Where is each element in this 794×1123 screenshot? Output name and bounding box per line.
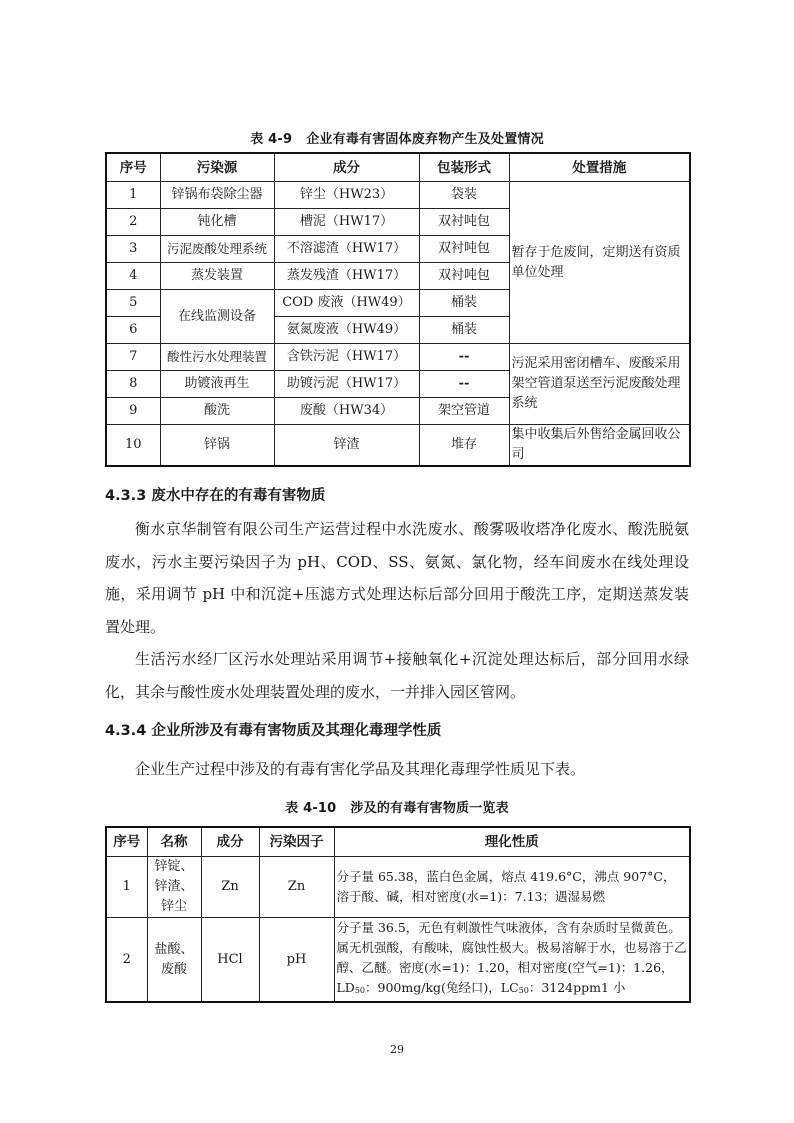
header-component: 成分 — [201, 827, 259, 857]
paragraph: 生活污水经厂区污水处理站采用调节+接触氧化+沉淀处理达标后，部分回用水绿化，其余… — [105, 643, 689, 708]
cell-no: 6 — [106, 317, 160, 344]
paragraph: 企业生产过程中涉及的有毒有害化学品及其理化毒理学性质见下表。 — [105, 753, 689, 786]
table-header-row: 序号 污染源 成分 包装形式 处置措施 — [106, 153, 690, 182]
cell-name: 锌锭、锌渣、锌尘 — [147, 857, 201, 918]
cell-component: 含铁污泥（HW17） — [274, 344, 419, 371]
cell-component: 锌渣 — [274, 425, 419, 467]
cell-pollution-factor: pH — [259, 918, 334, 1003]
section-heading-4-3-3: 4.3.3 废水中存在的有毒有害物质 — [105, 484, 325, 505]
cell-source: 锌锅布袋除尘器 — [160, 182, 274, 209]
cell-no: 5 — [106, 290, 160, 317]
cell-properties: 分子量 65.38，蓝白色金属，熔点 419.6°C，沸点 907°C，溶于酸、… — [334, 857, 690, 918]
cell-component: 废酸（HW34） — [274, 398, 419, 425]
cell-source: 在线监测设备 — [160, 290, 274, 344]
cell-source: 污泥废酸处理系统 — [160, 236, 274, 263]
cell-source: 锌锅 — [160, 425, 274, 467]
table-4-10-caption: 表 4-10涉及的有毒有害物质一览表 — [0, 797, 794, 816]
cell-component: 氨氮废液（HW49） — [274, 317, 419, 344]
cell-component: COD 废液（HW49） — [274, 290, 419, 317]
caption-number: 表 4-10 — [285, 801, 336, 816]
header-properties: 理化性质 — [334, 827, 690, 857]
cell-no: 10 — [106, 425, 160, 467]
properties-text: ：3124ppm1 小 — [529, 980, 626, 995]
paragraph: 衡水京华制管有限公司生产运营过程中水洗废水、酸雾吸收塔净化废水、酸洗脱氨废水，污… — [105, 513, 689, 643]
cell-component: 槽泥（HW17） — [274, 209, 419, 236]
table-4-9: 序号 污染源 成分 包装形式 处置措施 1 锌锅布袋除尘器 锌尘（HW23） 袋… — [105, 152, 691, 467]
cell-packaging: 堆存 — [419, 425, 509, 467]
cell-properties: 分子量 36.5，无色有刺激性气味液体，含有杂质时呈微黄色。属无机强酸，有酸味，… — [334, 918, 690, 1003]
cell-no: 2 — [106, 209, 160, 236]
page-number: 29 — [0, 1043, 794, 1056]
header-packaging: 包装形式 — [419, 153, 509, 182]
cell-packaging: 桶装 — [419, 290, 509, 317]
cell-no: 7 — [106, 344, 160, 371]
cell-packaging: 双衬吨包 — [419, 263, 509, 290]
cell-packaging: -- — [419, 344, 509, 371]
cell-disposal: 暂存于危废间，定期送有资质单位处理 — [509, 182, 690, 344]
header-no: 序号 — [106, 153, 160, 182]
cell-component: 锌尘（HW23） — [274, 182, 419, 209]
cell-no: 3 — [106, 236, 160, 263]
cell-component: 蒸发残渣（HW17） — [274, 263, 419, 290]
cell-component: HCl — [201, 918, 259, 1003]
cell-source: 助镀液再生 — [160, 371, 274, 398]
table-row: 2 盐酸、废酸 HCl pH 分子量 36.5，无色有刺激性气味液体，含有杂质时… — [106, 918, 690, 1003]
cell-pollution-factor: Zn — [259, 857, 334, 918]
document-page: 表 4-9企业有毒有害固体废弃物产生及处置情况 序号 污染源 成分 包装形式 处… — [0, 0, 794, 1123]
table-header-row: 序号 名称 成分 污染因子 理化性质 — [106, 827, 690, 857]
cell-source: 钝化槽 — [160, 209, 274, 236]
cell-packaging: 双衬吨包 — [419, 236, 509, 263]
cell-packaging: 桶装 — [419, 317, 509, 344]
cell-component: 助镀污泥（HW17） — [274, 371, 419, 398]
subscript: 50 — [355, 986, 365, 995]
header-component: 成分 — [274, 153, 419, 182]
header-name: 名称 — [147, 827, 201, 857]
table-row: 7 酸性污水处理装置 含铁污泥（HW17） -- 污泥采用密闭槽车、废酸采用架空… — [106, 344, 690, 371]
table-4-9-caption: 表 4-9企业有毒有害固体废弃物产生及处置情况 — [0, 128, 794, 147]
cell-source: 酸性污水处理装置 — [160, 344, 274, 371]
cell-disposal: 集中收集后外售给金属回收公司 — [509, 425, 690, 467]
cell-packaging: 双衬吨包 — [419, 209, 509, 236]
cell-packaging: 袋装 — [419, 182, 509, 209]
header-source: 污染源 — [160, 153, 274, 182]
header-disposal: 处置措施 — [509, 153, 690, 182]
header-no: 序号 — [106, 827, 147, 857]
cell-name: 盐酸、废酸 — [147, 918, 201, 1003]
cell-disposal: 污泥采用密闭槽车、废酸采用架空管道泵送至污泥废酸处理系统 — [509, 344, 690, 425]
header-pollution-factor: 污染因子 — [259, 827, 334, 857]
cell-no: 8 — [106, 371, 160, 398]
cell-component: Zn — [201, 857, 259, 918]
cell-no: 9 — [106, 398, 160, 425]
cell-source: 酸洗 — [160, 398, 274, 425]
cell-packaging: 架空管道 — [419, 398, 509, 425]
table-row: 1 锌锭、锌渣、锌尘 Zn Zn 分子量 65.38，蓝白色金属，熔点 419.… — [106, 857, 690, 918]
cell-packaging: -- — [419, 371, 509, 398]
cell-no: 1 — [106, 857, 147, 918]
table-row: 10 锌锅 锌渣 堆存 集中收集后外售给金属回收公司 — [106, 425, 690, 467]
subscript: 50 — [519, 986, 529, 995]
cell-no: 4 — [106, 263, 160, 290]
table-row: 1 锌锅布袋除尘器 锌尘（HW23） 袋装 暂存于危废间，定期送有资质单位处理 — [106, 182, 690, 209]
caption-number: 表 4-9 — [250, 132, 292, 147]
cell-no: 2 — [106, 918, 147, 1003]
caption-title: 涉及的有毒有害物质一览表 — [350, 801, 508, 816]
cell-source: 蒸发装置 — [160, 263, 274, 290]
table-4-10: 序号 名称 成分 污染因子 理化性质 1 锌锭、锌渣、锌尘 Zn Zn 分子量 … — [105, 826, 691, 1003]
cell-component: 不溶滤渣（HW17） — [274, 236, 419, 263]
caption-title: 企业有毒有害固体废弃物产生及处置情况 — [306, 132, 544, 147]
properties-text: ：900mg/kg(兔经口)，LC — [365, 980, 519, 995]
section-heading-4-3-4: 4.3.4 企业所涉及有毒有害物质及其理化毒理学性质 — [105, 719, 441, 740]
cell-no: 1 — [106, 182, 160, 209]
